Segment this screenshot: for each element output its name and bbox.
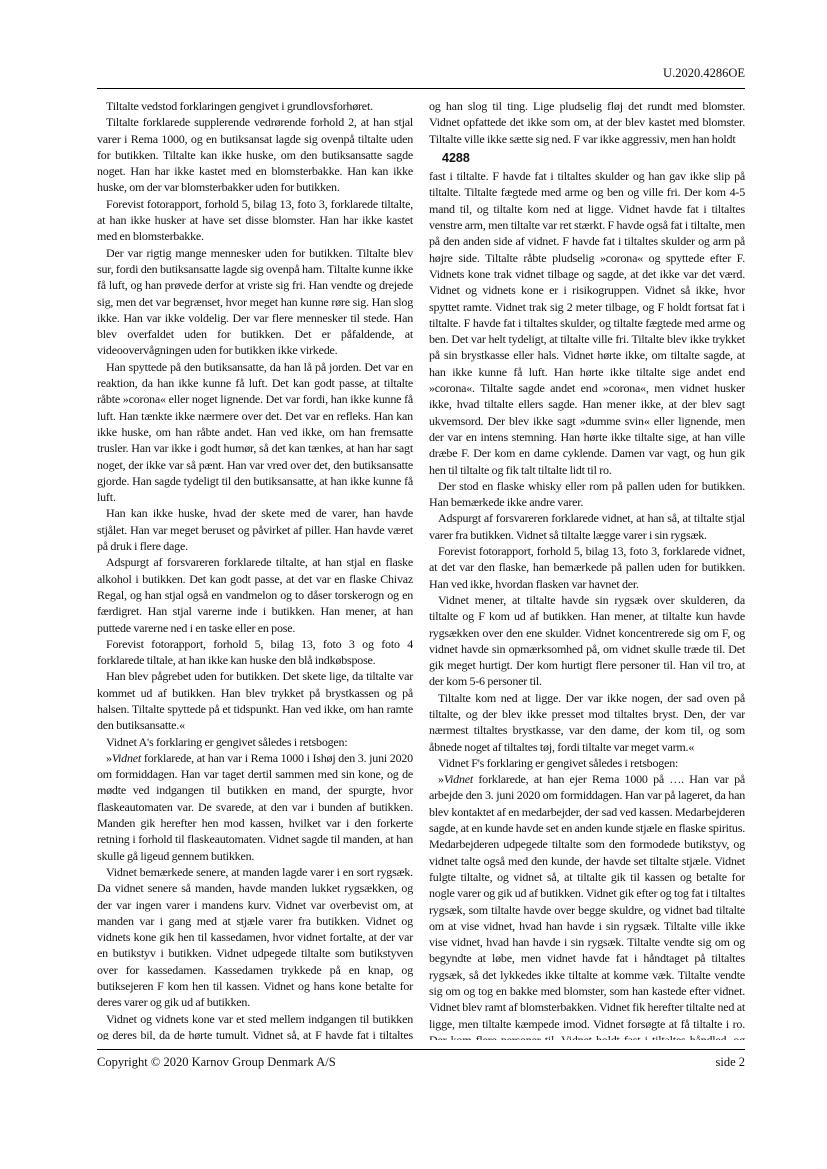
text-columns: Tiltalte vedstod forklaringen gengivet i…: [97, 98, 745, 1040]
paragraph: Forevist fotorapport, forhold 5, bilag 1…: [97, 196, 413, 245]
paragraph-text: forklarede, at han var i Rema 1000 i Ish…: [97, 751, 413, 863]
paragraph: Adspurgt af forsvareren forklarede vidne…: [429, 510, 745, 543]
paragraph-quote-start: »Vidnet forklarede, at han ejer Rema 100…: [429, 771, 745, 1040]
paragraph-quote-start: »Vidnet forklarede, at han var i Rema 10…: [97, 750, 413, 864]
paragraph: Vidnet bemærkede senere, at manden lagde…: [97, 864, 413, 1011]
paragraph: Tiltalte vedstod forklaringen gengivet i…: [97, 98, 413, 114]
right-column: og han slog til ting. Lige pludselig flø…: [429, 98, 745, 1040]
paragraph: Han spyttede på den butiksansatte, da ha…: [97, 359, 413, 506]
paragraph-text: forklarede, at han ejer Rema 1000 på …. …: [429, 772, 745, 1040]
copyright-text: Copyright © 2020 Karnov Group Denmark A/…: [97, 1055, 336, 1070]
citation-text: U.2020.4286OE: [663, 66, 745, 81]
witness-lead-italic: Vidnet: [112, 751, 141, 765]
paragraph: Han kan ikke huske, hvad der skete med d…: [97, 505, 413, 554]
document-page: U.2020.4286OE Tiltalte vedstod forklarin…: [0, 0, 827, 1169]
paragraph: Forevist fotorapport, forhold 5, bilag 1…: [97, 636, 413, 669]
paragraph: Han blev pågrebet uden for butikken. Det…: [97, 668, 413, 733]
witness-lead-italic: Vidnet: [444, 772, 473, 786]
page-footer: Copyright © 2020 Karnov Group Denmark A/…: [97, 1049, 745, 1169]
footer-rule: [97, 1049, 745, 1050]
page-number: side 2: [715, 1055, 745, 1070]
paragraph: Forevist fotorapport, forhold 5, bilag 1…: [429, 543, 745, 592]
paragraph: Tiltalte forklarede supplerende vedrøren…: [97, 114, 413, 195]
paragraph: Adspurgt af forsvareren forklarede tilta…: [97, 554, 413, 635]
header-rule: [97, 88, 745, 89]
left-column: Tiltalte vedstod forklaringen gengivet i…: [97, 98, 413, 1040]
page-header: U.2020.4286OE: [97, 66, 745, 81]
paragraph: Der stod en flaske whisky eller rom på p…: [429, 478, 745, 511]
paragraph: Tiltalte kom ned at ligge. Der var ikke …: [429, 690, 745, 755]
paragraph: Der var rigtig mange mennesker uden for …: [97, 245, 413, 359]
paragraph: Vidnet F's forklaring er gengivet sålede…: [429, 755, 745, 771]
paragraph-continuation: og han slog til ting. Lige pludselig flø…: [429, 98, 745, 147]
paragraph-continuation: fast i tiltalte. F havde fat i tiltaltes…: [429, 168, 745, 478]
paragraph: Vidnet og vidnets kone var et sted melle…: [97, 1011, 413, 1040]
paragraph: Vidnet A's forklaring er gengivet sålede…: [97, 734, 413, 750]
journal-page-number-marker: 4288: [429, 150, 745, 166]
paragraph: Vidnet mener, at tiltalte havde sin rygs…: [429, 592, 745, 690]
